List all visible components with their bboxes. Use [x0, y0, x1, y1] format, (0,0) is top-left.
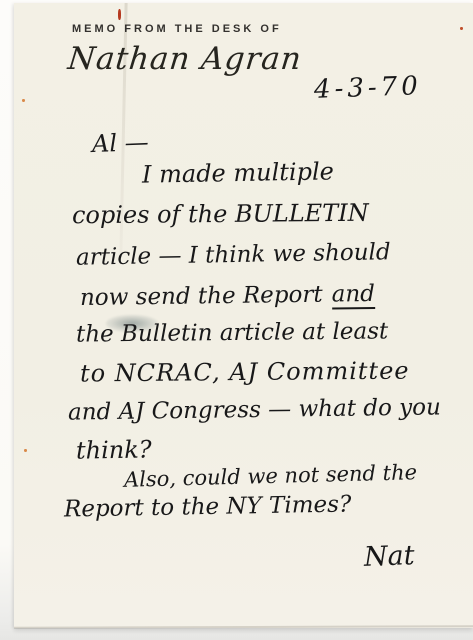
letterhead-name: Nathan Agran: [66, 41, 304, 77]
memo-line-4: now send the Reportand: [80, 281, 375, 311]
memo-line-1: I made multiple: [142, 157, 334, 188]
memo-salutation: Al —: [92, 128, 150, 158]
memo-line-3: article — I think we should: [76, 239, 391, 270]
memo-line-4-underlined-word: and: [331, 281, 375, 310]
memo-date: 4-3-70: [314, 71, 423, 105]
memo-line-4-text: now send the Report: [80, 282, 323, 311]
memo-paper: MEMO FROM THE DESK OF Nathan Agran 4-3-7…: [14, 3, 473, 628]
memo-signature: Nat: [363, 540, 415, 573]
orange-speck: [24, 449, 27, 452]
red-speck: [118, 9, 121, 20]
orange-speck: [22, 99, 25, 102]
memo-line-6: to NCRAC, AJ Committee: [80, 357, 410, 388]
memo-line-9: Also, could we not send the: [124, 460, 418, 492]
memo-line-2: copies of the BULLETIN: [72, 199, 369, 230]
memo-line-8: think?: [76, 435, 152, 464]
memo-line-10: Report to the NY Times?: [64, 491, 352, 522]
red-speck: [460, 27, 463, 30]
memo-line-7: and AJ Congress — what do you: [68, 394, 441, 425]
letterhead-memo-line: MEMO FROM THE DESK OF: [72, 23, 282, 35]
memo-line-5: the Bulletin article at least: [76, 318, 388, 347]
